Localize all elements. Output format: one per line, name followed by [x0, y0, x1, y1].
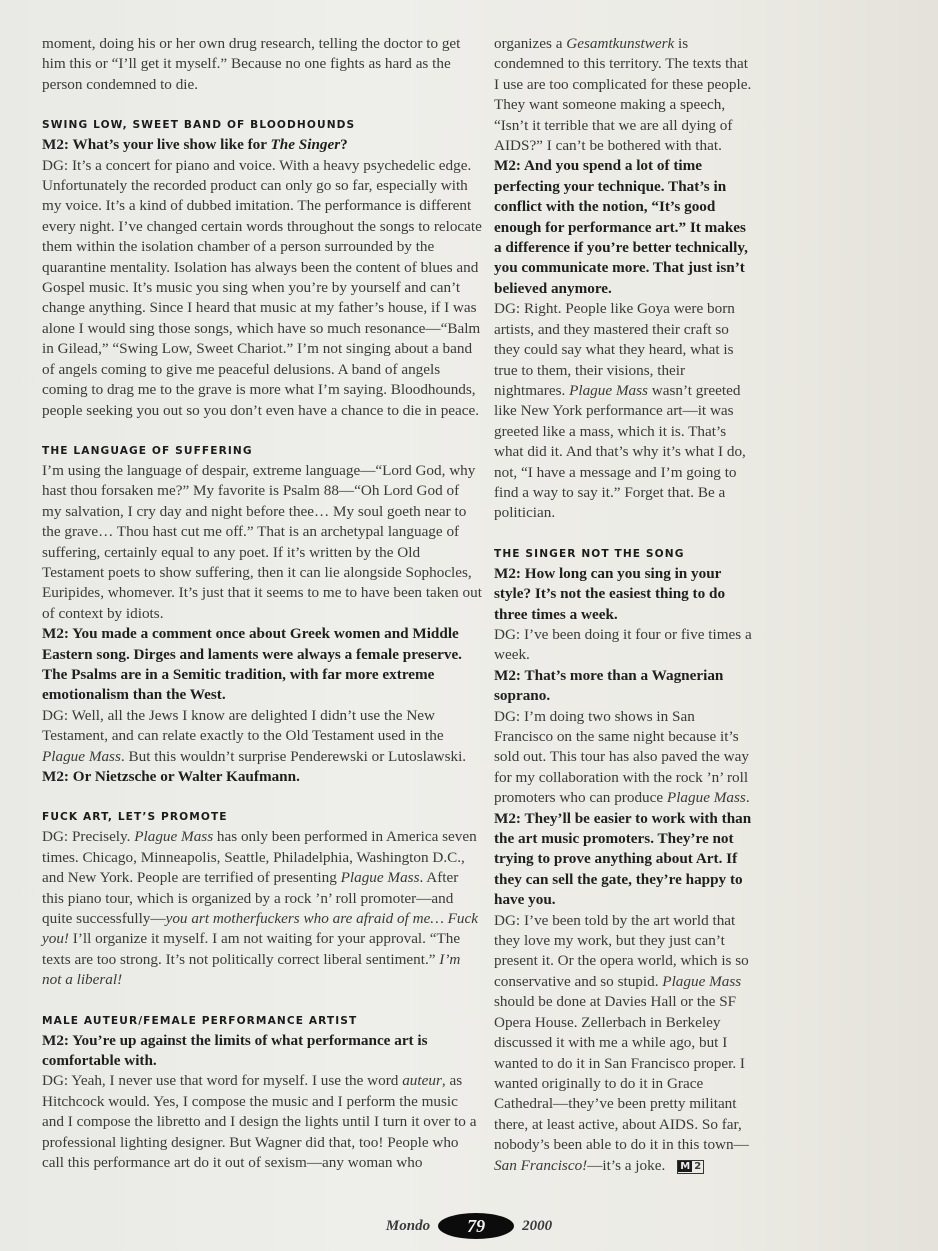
interviewer-question: M2: That’s more than a Wagnerian soprano…: [494, 666, 756, 707]
interviewee-answer: DG: I’ve been doing it four or five time…: [494, 625, 756, 666]
left-column: moment, doing his or her own drug resear…: [42, 34, 482, 1174]
page-footer: Mondo 79 2000: [0, 1213, 938, 1239]
interviewee-answer: DG: I’ve been told by the art world that…: [494, 911, 756, 1176]
section-heading: Male Auteur/Female Performance Artist: [42, 1011, 482, 1031]
interviewee-answer: DG: Well, all the Jews I know are deligh…: [42, 706, 482, 767]
section-heading: Fuck Art, Let’s Promote: [42, 807, 482, 827]
interviewee-answer: DG: Yeah, I never use that word for myse…: [42, 1071, 482, 1173]
section-heading: Swing Low, Sweet Band of Bloodhounds: [42, 115, 482, 135]
m2-end-mark-icon: M2: [677, 1160, 704, 1174]
interviewer-question: M2: And you spend a lot of time perfecti…: [494, 156, 756, 299]
interviewer-question: M2: You made a comment once about Greek …: [42, 624, 482, 706]
interviewee-answer: DG: It’s a concert for piano and voice. …: [42, 156, 482, 421]
page-number: 79: [438, 1213, 514, 1239]
interviewer-question: M2: They’ll be easier to work with than …: [494, 809, 756, 911]
interviewee-answer: I’m using the language of despair, extre…: [42, 461, 482, 624]
publication-name-left: Mondo: [386, 1218, 430, 1235]
interviewee-answer: DG: Precisely. Plague Mass has only been…: [42, 827, 482, 990]
interviewee-answer: DG: I’m doing two shows in San Francisco…: [494, 707, 756, 809]
interviewee-answer: DG: Right. People like Goya were born ar…: [494, 299, 756, 523]
interviewee-answer-continued: organizes a Gesamtkunstwerk is condemned…: [494, 34, 756, 156]
interviewer-question: M2: How long can you sing in your style?…: [494, 564, 756, 625]
right-column: organizes a Gesamtkunstwerk is condemned…: [494, 34, 756, 1176]
intro-paragraph: moment, doing his or her own drug resear…: [42, 34, 482, 95]
interviewer-question: M2: What’s your live show like for The S…: [42, 135, 482, 155]
section-heading: The Singer Not the Song: [494, 544, 756, 564]
section-heading: The Language of Suffering: [42, 441, 482, 461]
publication-name-right: 2000: [522, 1218, 552, 1235]
interviewer-question: M2: You’re up against the limits of what…: [42, 1031, 482, 1072]
interviewer-question: M2: Or Nietzsche or Walter Kaufmann.: [42, 767, 482, 787]
